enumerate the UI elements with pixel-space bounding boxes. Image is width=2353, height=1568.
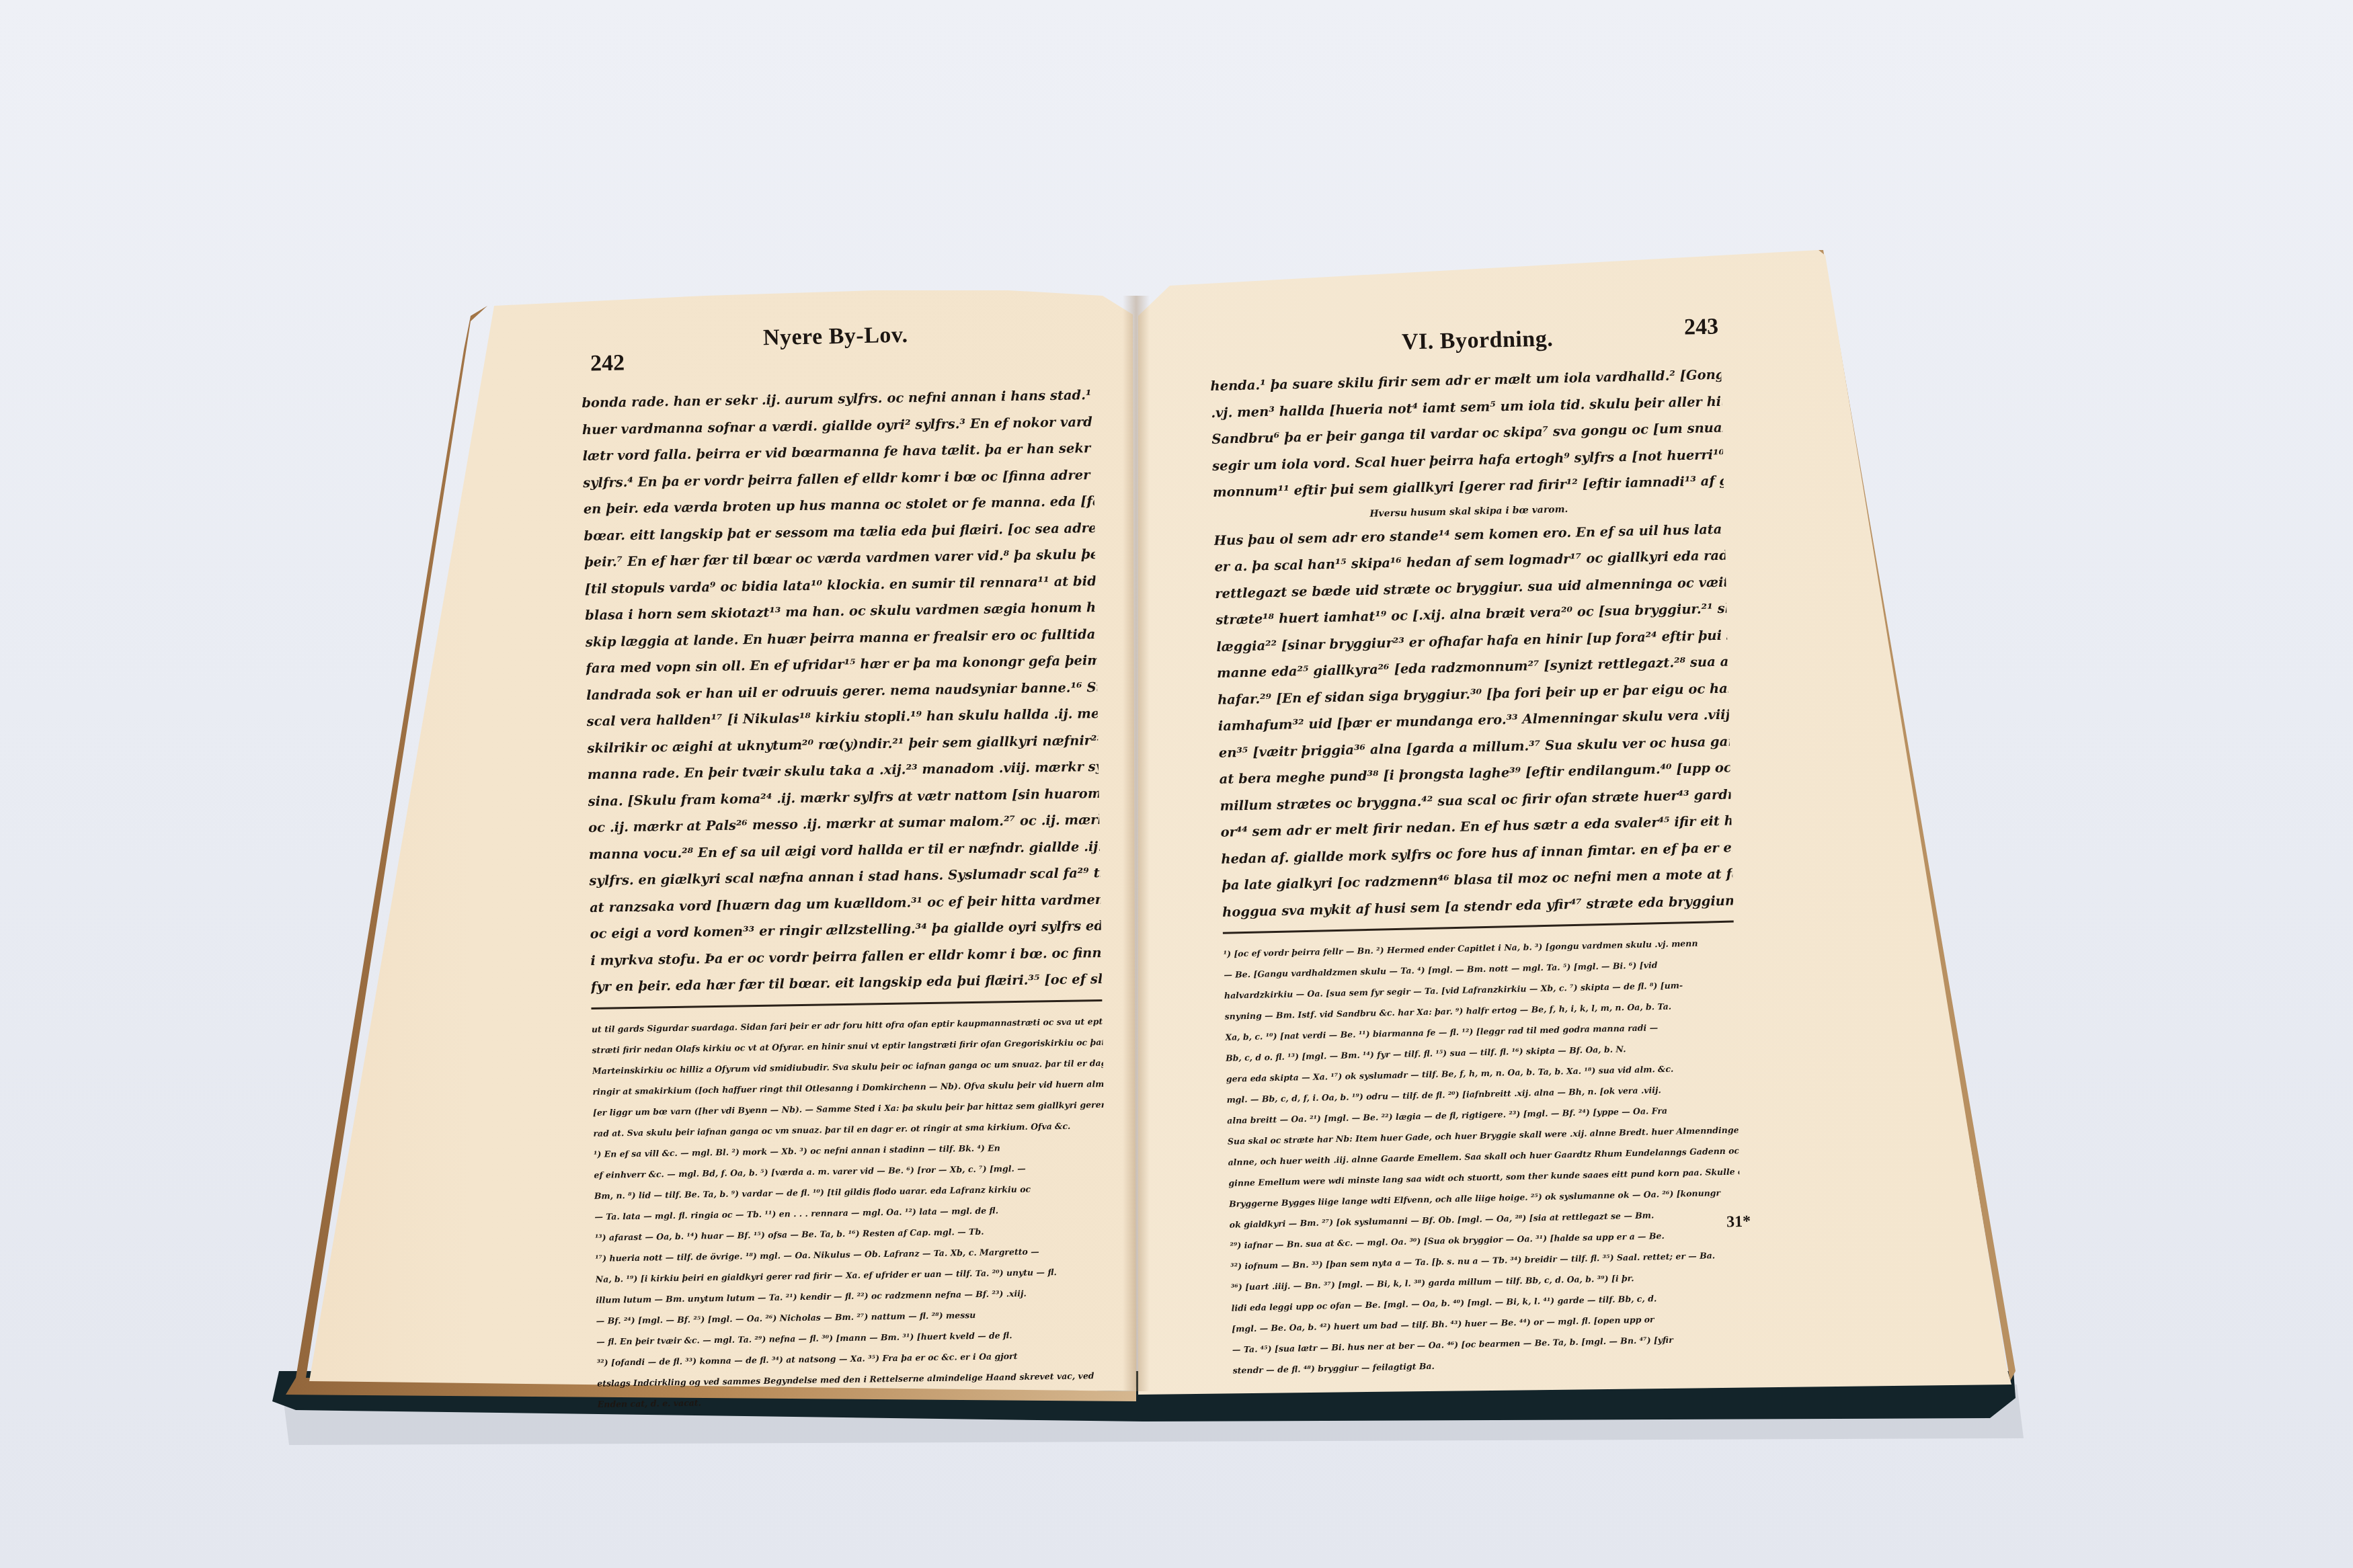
- footnote-rule: [591, 999, 1102, 1009]
- left-footnotes: ut til gards Sigurdar suardaga. Sidan fa…: [592, 1010, 1109, 1414]
- left-page-text: bonda rade. han er sekr .ij. aurum sylfr…: [582, 382, 1109, 1414]
- right-page-text: henda.¹ þa suare skilu firir sem adr er …: [1210, 362, 1744, 1381]
- page-number-left: 242: [590, 351, 625, 377]
- page-number-right: 243: [1684, 314, 1719, 340]
- book-gutter: [1123, 296, 1150, 1391]
- right-footnotes: ¹) [oc ef vordr þeirra fellr — Bn. ²) He…: [1223, 932, 1744, 1381]
- running-head-right: VI. Byordning.: [1402, 326, 1554, 355]
- signature-mark: 31*: [1726, 1213, 1751, 1232]
- running-head-left: Nyere By-Lov.: [763, 323, 908, 352]
